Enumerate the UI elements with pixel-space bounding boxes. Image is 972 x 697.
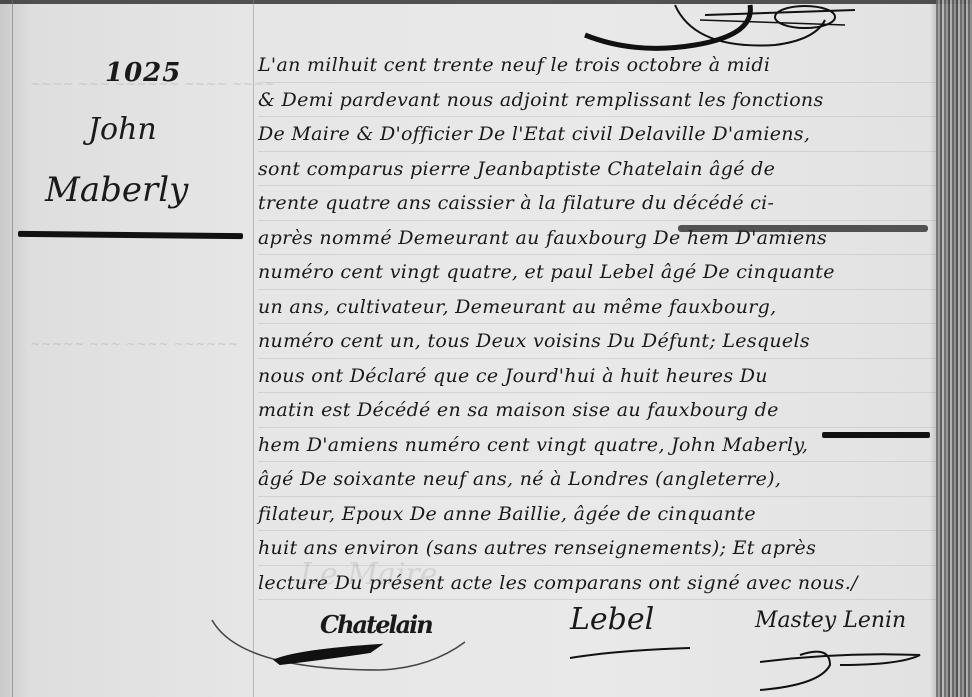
book-binding bbox=[936, 0, 972, 697]
deceased-name-underline bbox=[822, 432, 930, 438]
signature-flourishes bbox=[200, 580, 940, 697]
body-line-9: numéro cent un, tous Deux voisins Du Déf… bbox=[258, 324, 938, 359]
body-line-4: sont comparus pierre Jeanbaptiste Chatel… bbox=[258, 152, 938, 187]
body-line-10: nous ont Déclaré que ce Jourd'hui à huit… bbox=[258, 359, 938, 394]
body-line-14: filateur, Epoux De anne Baillie, âgée de… bbox=[258, 497, 938, 532]
margin-last-name: Maberly bbox=[45, 170, 188, 210]
margin-underline bbox=[18, 231, 243, 239]
body-line-1: L'an milhuit cent trente neuf le trois o… bbox=[258, 48, 938, 83]
bleed-through-text: ~~~~~ ~~~ ~~~~ ~~~~~~ bbox=[30, 330, 238, 360]
body-line-5: trente quatre ans caissier à la filature… bbox=[258, 186, 938, 221]
entry-number: 1025 bbox=[105, 58, 181, 88]
body-line-13: âgé De soixante neuf ans, né à Londres (… bbox=[258, 462, 938, 497]
margin-first-name: John bbox=[88, 112, 157, 147]
body-line-2: & Demi pardevant nous adjoint remplissan… bbox=[258, 83, 938, 118]
signatures-area: Chatelain Lebel Mastey Lenin bbox=[200, 580, 940, 697]
left-ruling-line bbox=[12, 0, 13, 697]
body-line-7: numéro cent vingt quatre, et paul Lebel … bbox=[258, 255, 938, 290]
body-line-3: De Maire & D'officier De l'Etat civil De… bbox=[258, 117, 938, 152]
signature-officer: Mastey Lenin bbox=[755, 608, 906, 633]
signature-lebel: Lebel bbox=[570, 602, 654, 637]
strikethrough-mark bbox=[678, 225, 928, 232]
body-line-11: matin est Décédé en sa maison sise au fa… bbox=[258, 393, 938, 428]
register-page: ~~~~ ~~~ ~~~~~~ ~~~~ ~~~~ ~~~~~ ~~~ ~~~~… bbox=[0, 0, 972, 697]
act-body: L'an milhuit cent trente neuf le trois o… bbox=[258, 48, 938, 600]
body-line-15: huit ans environ (sans autres renseignem… bbox=[258, 531, 938, 566]
body-line-8: un ans, cultivateur, Demeurant au même f… bbox=[258, 290, 938, 325]
top-flourish-ornament bbox=[575, 0, 855, 55]
signature-chatelain: Chatelain bbox=[320, 610, 432, 639]
